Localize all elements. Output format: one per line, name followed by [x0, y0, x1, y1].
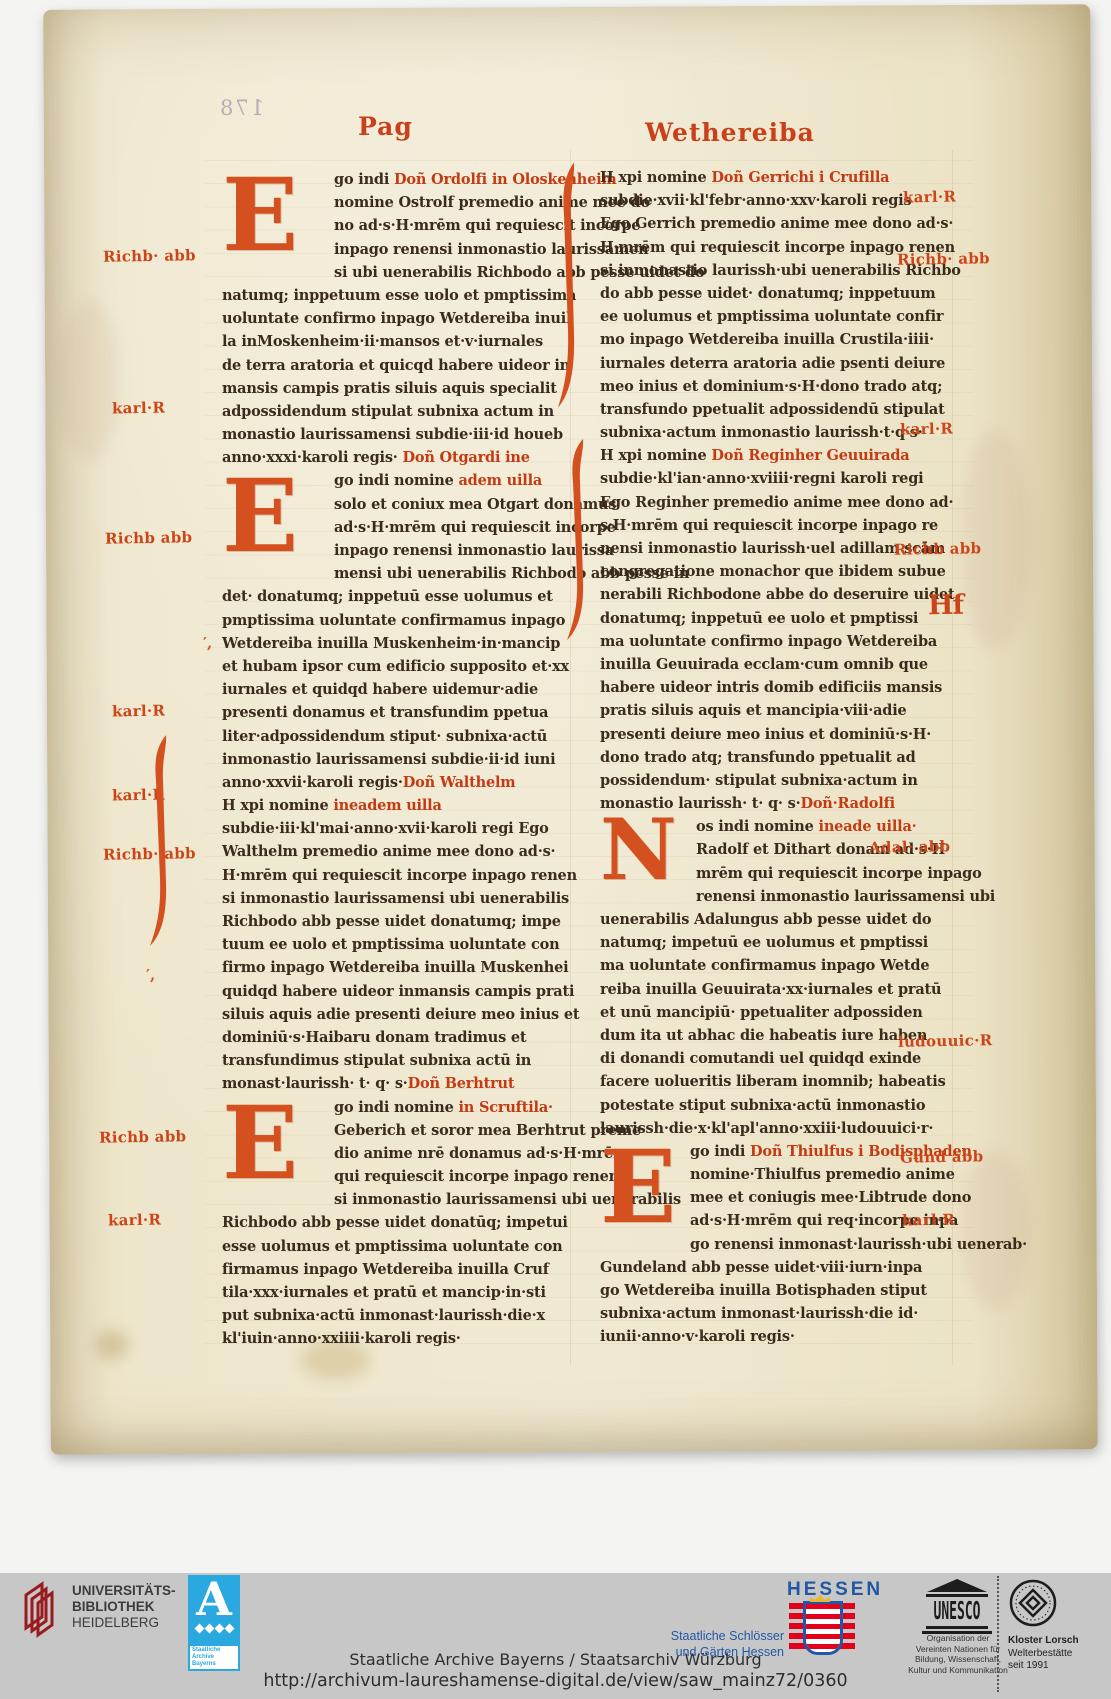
source-url: http://archivum-laureshamense-digital.de… [0, 1671, 1111, 1691]
ink-text: dum ita ut abhac die habeatis iure haben [600, 1027, 927, 1044]
margin-note: karl·R [108, 1211, 162, 1230]
ink-text: monast·laurissh· t· q· s· [222, 1075, 408, 1092]
ink-text: potestate stiput subnixa·actū inmonastio [600, 1097, 925, 1114]
manuscript-line: si inmonastio laurissamensi ubi uenerabi… [222, 887, 570, 910]
ink-text: quidqd habere uideor inmansis campis pra… [222, 983, 574, 1000]
ink-text: reiba inuilla Geuuirata·xx·iurnales et p… [600, 981, 941, 998]
ink-text: et unū mancipiū· ppetualiter adpossiden [600, 1004, 923, 1021]
ink-text: ee uolumus et pmptissima uoluntate confi… [600, 308, 943, 325]
ink-text: pmptissima uoluntate confirmamus inpago [222, 612, 565, 629]
ink-text: go indi nomine [334, 472, 458, 489]
ubh-line2: BIBLIOTHEK [72, 1599, 176, 1615]
ink-text: Wetdereiba inuilla Muskenheim·in·mancip [222, 635, 560, 652]
manuscript-line: anno·xxxi·karoli regis· Doñ Otgardi ine [222, 446, 570, 469]
ink-text: transfundimus stipulat subnixa actū in [222, 1052, 531, 1069]
manuscript-line: monastio laurissamensi subdie·iii·id hou… [222, 423, 570, 446]
ink-text: inmonastio laurissamensi subdie·ii·id iu… [222, 751, 555, 768]
manuscript-line: ma uoluntate confirmo inpago Wetdereiba [600, 630, 952, 653]
manuscript-line: do abb pesse uidet· donatumq; inppetuum [600, 282, 952, 305]
manuscript-line: presenti deiure meo inius et dominiū·s·H… [600, 723, 952, 746]
unesco-logo: UNESCO [922, 1579, 992, 1636]
charter-block: H xpi nomine Doñ Reginher Geuuiradasubdi… [600, 444, 952, 815]
ink-text: iurnales et quidqd habere uidemur·adie [222, 681, 538, 698]
ink-text: si inmonastio laurissamensi ubi uenerabi… [222, 890, 569, 907]
bayern-diamonds-icon [188, 1625, 240, 1632]
manuscript-line: H xpi nomine ineadem uilla [222, 794, 570, 817]
manuscript-line: subnixa·actum inmonast·laurissh·die id· [600, 1302, 952, 1325]
manuscript-line: anno·xxvii·karoli regis·Doñ Walthelm [222, 771, 570, 794]
ink-text: pratis siluis aquis et mancipia·viii·adi… [600, 702, 907, 719]
ink-text: liter·adpossidendum stiput· subnixa·actū [222, 728, 547, 745]
manuscript-line: Ego Gerrich premedio anime mee dono ad·s… [600, 212, 952, 235]
rubric-text: Doñ·Radolfi [800, 795, 894, 812]
rubric-text: Doñ Walthelm [403, 774, 516, 791]
ink-text: Richbodo abb pesse uidet donatūq; impetu… [222, 1214, 568, 1231]
manuscript-line: inmonastio laurissamensi subdie·ii·id iu… [222, 748, 570, 771]
ink-text: mee et coniugis mee·Libtrude dono [690, 1189, 971, 1206]
manuscript-line: possidendum· stipulat subnixa·actum in [600, 769, 952, 792]
manuscript-line: pmptissima uoluntate confirmamus inpago [222, 609, 570, 632]
ink-text: mrēm qui requiescit incorpe inpago [696, 865, 982, 882]
manuscript-line: go Wetdereiba inuilla Botisphaden stiput [600, 1279, 952, 1302]
manuscript-line: uoluntate confirmo inpago Wetdereiba inu… [222, 307, 570, 330]
page-header-left: Pag [358, 112, 413, 141]
manuscript-line: natumq; impetuū ee uolumus et pmptissi [600, 931, 952, 954]
margin-note: Richb· abb [103, 246, 196, 266]
ink-text: transfundo ppetualit adpossidendū stipul… [600, 401, 945, 418]
manuscript-line: iurnales deterra aratoria adie psenti de… [600, 352, 952, 375]
ink-text: dio anime nrē donamus ad·s·H·mrēm [334, 1145, 628, 1162]
manuscript-line: Richbodo abb pesse uidet donatūq; impetu… [222, 1211, 570, 1234]
manuscript-line: de terra aratoria et quicqd habere uideo… [222, 354, 570, 377]
ink-text: anno·xxvii·karoli regis· [222, 774, 403, 791]
ink-text: Richbodo abb pesse uidet donatumq; impe [222, 913, 561, 930]
credit-line: Staatliche Archive Bayerns / Staatsarchi… [0, 1650, 1111, 1669]
manuscript-line: uenerabilis Adalungus abb pesse uidet do [600, 908, 952, 931]
margin-note: karl·R [112, 702, 166, 721]
ub-heidelberg-logo [20, 1577, 68, 1639]
manuscript-line: subdie·kl'ian·anno·xviiii·regni karoli r… [600, 467, 952, 490]
ink-text: presenti deiure meo inius et dominiū·s·H… [600, 726, 931, 743]
ink-text: ma uoluntate confirmo inpago Wetdereiba [600, 633, 937, 650]
manuscript-line: Wetdereiba inuilla Muskenheim·in·mancip [222, 632, 570, 655]
rubric-text: Doñ Berhtrut [408, 1075, 515, 1092]
ink-text: dono trado atq; transfundo ppetualit ad [600, 749, 916, 766]
ink-text: presenti donamus et transfundim ppetua [222, 704, 548, 721]
rubric-text: Doñ Ordolfi in Oloskenheim [394, 171, 617, 188]
ink-text: adpossidendum stipulat subnixa actum in [222, 403, 554, 420]
ink-text: H xpi nomine [222, 797, 333, 814]
ink-text: possidendum· stipulat subnixa·actum in [600, 772, 918, 789]
ink-text: habere uideor intris domib edificiis man… [600, 679, 942, 696]
manuscript-line: subdie·iii·kl'mai·anno·xvii·karoli regi … [222, 817, 570, 840]
manuscript-line: dono trado atq; transfundo ppetualit ad [600, 746, 952, 769]
rubric-text: Doñ Reginher Geuuirada [711, 447, 909, 464]
ink-text: go indi [690, 1143, 750, 1160]
ink-text: monastio laurissamensi subdie·iii·id hou… [222, 426, 563, 443]
manuscript-line: congregatione monachor que ibidem subue [600, 560, 952, 583]
initial-letter: E [222, 168, 334, 262]
margin-note: karl·R [902, 1211, 956, 1230]
ink-text: qui requiescit incorpe inpago renen [334, 1168, 619, 1185]
manuscript-line: Ego Reginher premedio anime mee dono ad· [600, 491, 952, 514]
tall-initial-i [148, 733, 174, 952]
manuscript-line: det· donatumq; inppetuū esse uolumus et [222, 585, 570, 608]
ink-text: subdie·iii·kl'mai·anno·xvii·karoli regi … [222, 820, 549, 837]
manuscript-line: habere uideor intris domib edificiis man… [600, 676, 952, 699]
ink-text: subdie·kl'ian·anno·xviiii·regni karoli r… [600, 470, 923, 487]
ink-text: natumq; impetuū ee uolumus et pmptissi [600, 934, 928, 951]
ink-text: la inMoskenheim·ii·mansos et·v·iurnales [222, 333, 543, 350]
margin-note: Adal· abb [869, 837, 951, 856]
ink-text: H·mrēm qui requiescit incorpe inpago ren… [222, 867, 577, 884]
tall-initial-i [556, 160, 582, 414]
ink-text: subnixa·actum inmonastio laurissh·t·q·s· [600, 424, 923, 441]
bayern-a-letter: A [188, 1575, 240, 1623]
manuscript-line: donatumq; inppetuū ee uolo et pmptissi [600, 607, 952, 630]
ink-text: Ego Reginher premedio anime mee dono ad· [600, 494, 953, 511]
manuscript-column-right: H xpi nomine Doñ Gerrichi i Crufillasubd… [600, 166, 952, 1349]
ink-text: natumq; inppetuum esse uolo et pmptissim… [222, 287, 576, 304]
manuscript-line: pratis siluis aquis et mancipia·viii·adi… [600, 699, 952, 722]
manuscript-line: potestate stiput subnixa·actū inmonastio [600, 1094, 952, 1117]
manuscript-line: H xpi nomine Doñ Gerrichi i Crufilla [600, 166, 952, 189]
manuscript-line: natumq; inppetuum esse uolo et pmptissim… [222, 284, 570, 307]
unesco-wordmark: UNESCO [922, 1598, 992, 1627]
ink-text: Geberich et soror mea Berhtrut preme [334, 1122, 641, 1139]
ink-text: donatumq; inppetuū ee uolo et pmptissi [600, 610, 918, 627]
tall-initial-i [565, 437, 591, 646]
manuscript-line: tila·xxx·iurnales et pratū et mancip·in·… [222, 1281, 570, 1304]
margin-note: karl·R [112, 399, 166, 418]
paragraph-mark: ′, [203, 634, 212, 652]
ink-text: meo inius et dominium·s·H·dono trado atq… [600, 378, 942, 395]
ink-text: subdie·xvii·kl'febr·anno·xxv·karoli regi… [600, 192, 911, 209]
manuscript-line: monast·laurissh· t· q· s·Doñ Berhtrut [222, 1072, 570, 1095]
ink-text: firmamus inpago Wetdereiba inuilla Cruf [222, 1261, 549, 1278]
manuscript-line: transfundimus stipulat subnixa actū in [222, 1049, 570, 1072]
margin-note: karl·R [903, 188, 957, 207]
ubh-line1: UNIVERSITÄTS- [72, 1583, 176, 1599]
ink-text: ma uoluntate confirmamus inpago Wetde [600, 957, 929, 974]
manuscript-line: et unū mancipiū· ppetualiter adpossiden [600, 1001, 952, 1024]
ink-text: no ad·s·H·mrēm qui requiescit incorpe [334, 217, 640, 234]
manuscript-line: meo inius et dominium·s·H·dono trado atq… [600, 375, 952, 398]
manuscript-line: mansis campis pratis siluis aquis specia… [222, 377, 570, 400]
manuscript-line: liter·adpossidendum stiput· subnixa·actū [222, 725, 570, 748]
manuscript-line: facere uolueritis liberam inomnib; habea… [600, 1070, 952, 1093]
folio-pencil-number: 178 [218, 96, 264, 120]
ink-text: laurissh·die·x·kl'apl'anno·xxiii·ludouui… [600, 1120, 933, 1137]
ink-text: go indi [334, 171, 394, 188]
charter-block: H xpi nomine ineadem uillasubdie·iii·kl'… [222, 794, 570, 1095]
ink-text: subnixa·actum inmonast·laurissh·die id· [600, 1305, 918, 1322]
manuscript-line: siluis aquis adie presenti deiure meo in… [222, 1003, 570, 1026]
manuscript-column-left: Ego indi Doñ Ordolfi in Oloskenheimnomin… [222, 168, 570, 1351]
ink-text: os indi nomine [696, 818, 819, 835]
ink-text: Gundeland abb pesse uidet·viii·iurn·inpa [600, 1259, 922, 1276]
ink-text: iurnales deterra aratoria adie psenti de… [600, 355, 945, 372]
ink-text: det· donatumq; inppetuū esse uolumus et [222, 588, 553, 605]
rubric-text: ineadem uilla [333, 797, 441, 814]
manuscript-line: iunii·anno·v·karoli regis· [600, 1325, 952, 1348]
charter-block: H xpi nomine Doñ Gerrichi i Crufillasubd… [600, 166, 952, 444]
ink-text: s·H·mrēm qui requiescit incorpe inpago r… [600, 517, 938, 534]
ink-text: nerabili Richbodone abbe do deseruire ui… [600, 586, 955, 603]
ink-text: iunii·anno·v·karoli regis· [600, 1328, 795, 1345]
manuscript-line: H xpi nomine Doñ Reginher Geuuirada [600, 444, 952, 467]
manuscript-line: firmo inpago Wetdereiba inuilla Muskenhe… [222, 956, 570, 979]
page-header-right: Wethereiba [645, 118, 815, 147]
manuscript-line: la inMoskenheim·ii·mansos et·v·iurnales [222, 330, 570, 353]
manuscript-line: mo inpago Wetdereiba inuilla Crustila·ii… [600, 328, 952, 351]
ink-text: firmo inpago Wetdereiba inuilla Muskenhe… [222, 959, 568, 976]
paragraph-mark: ′, [146, 966, 155, 984]
ink-text: mansis campis pratis siluis aquis specia… [222, 380, 557, 397]
margin-note: ludouuic·R [898, 1031, 993, 1051]
margin-monogram: Hf [928, 590, 964, 622]
rubric-text: Doñ Gerrichi i Crufilla [711, 169, 889, 186]
margin-note: Richb abb [105, 528, 193, 548]
manuscript-line: Richbodo abb pesse uidet donatumq; impe [222, 910, 570, 933]
ink-text: renensi inmonastio laurissamensi ubi [696, 888, 995, 905]
charter-block: Nos indi nomine ineade uilla·Radolf et D… [600, 815, 952, 1140]
manuscript-line: tuum ee uolo et pmptissima uoluntate con [222, 933, 570, 956]
initial-letter: E [222, 1096, 334, 1190]
initial-letter: N [600, 815, 696, 885]
manuscript-line: Gundeland abb pesse uidet·viii·iurn·inpa [600, 1256, 952, 1279]
initial-letter: E [600, 1140, 690, 1234]
ink-text: put subnixa·actū inmonast·laurissh·die·x [222, 1307, 545, 1324]
ink-text: monastio laurissh· t· q· s· [600, 795, 800, 812]
ink-text: Walthelm premedio anime mee dono ad·s· [222, 843, 555, 860]
ink-text: esse uolumus et pmptissima uoluntate con [222, 1238, 563, 1255]
manuscript-line: quidqd habere uideor inmansis campis pra… [222, 980, 570, 1003]
manuscript-line: firmamus inpago Wetdereiba inuilla Cruf [222, 1258, 570, 1281]
ink-text: siluis aquis adie presenti deiure meo in… [222, 1006, 579, 1023]
margin-note: karl·R [900, 420, 954, 439]
manuscript-line: inuilla Geuuirada ecclam·cum omnib que [600, 653, 952, 676]
manuscript-line: presenti donamus et transfundim ppetua [222, 701, 570, 724]
rubric-text: in Scruftila· [458, 1099, 552, 1116]
manuscript-line: adpossidendum stipulat subnixa actum in [222, 400, 570, 423]
ink-text: anno·xxxi·karoli regis· [222, 449, 402, 466]
charter-block: Ego indi nomine adem uillasolo et coniux… [222, 469, 570, 794]
ink-text: mo inpago Wetdereiba inuilla Crustila·ii… [600, 331, 934, 348]
ubh-line3: HEIDELBERG [72, 1615, 176, 1631]
ink-text: et hubam ipsor cum edificio supposito et… [222, 658, 569, 675]
manuscript-line: ma uoluntate confirmamus inpago Wetde [600, 954, 952, 977]
ub-heidelberg-wordmark: UNIVERSITÄTS- BIBLIOTHEK HEIDELBERG [72, 1583, 176, 1631]
ink-text: uenerabilis Adalungus abb pesse uidet do [600, 911, 931, 928]
ink-text: tila·xxx·iurnales et pratū et mancip·in·… [222, 1284, 546, 1301]
ink-text: go renensi inmonast·laurissh·ubi uenerab… [690, 1236, 1027, 1253]
margin-note: Richb abb [894, 539, 982, 559]
ink-text: go indi nomine [334, 1099, 458, 1116]
digitized-manuscript-viewer-page: 178 Pag Wethereiba Ego indi Doñ Ordolfi … [0, 0, 1111, 1699]
rubric-text: adem uilla [458, 472, 542, 489]
manuscript-line: reiba inuilla Geuuirata·xx·iurnales et p… [600, 978, 952, 1001]
charter-block: Ego indi nomine in Scruftila·Geberich et… [222, 1096, 570, 1351]
ink-text: nomine·Thiulfus premedio anime [690, 1166, 955, 1183]
ink-text: inuilla Geuuirada ecclam·cum omnib que [600, 656, 928, 673]
manuscript-line: transfundo ppetualit adpossidendū stipul… [600, 398, 952, 421]
ink-text: do abb pesse uidet· donatumq; inppetuum [600, 285, 936, 302]
ink-text: facere uolueritis liberam inomnib; habea… [600, 1073, 946, 1090]
manuscript-line: laurissh·die·x·kl'apl'anno·xxiii·ludouui… [600, 1117, 952, 1140]
manuscript-line: monastio laurissh· t· q· s·Doñ·Radolfi [600, 792, 952, 815]
manuscript-line: esse uolumus et pmptissima uoluntate con [222, 1235, 570, 1258]
ink-text: tuum ee uolo et pmptissima uoluntate con [222, 936, 559, 953]
ink-text: H xpi nomine [600, 447, 711, 464]
manuscript-line: nerabili Richbodone abbe do deseruire ui… [600, 583, 952, 606]
margin-note: Richb· abb [897, 249, 990, 269]
charter-block: Ego indi Doñ Thiulfus i Bodisphadennomin… [600, 1140, 952, 1349]
kloster-lorsch-emblem [1008, 1578, 1058, 1628]
initial-letter: E [222, 469, 334, 563]
ink-text: congregatione monachor que ibidem subue [600, 563, 946, 580]
rubric-text: Doñ Otgardi ine [402, 449, 529, 466]
unesco-temple-roof-icon [927, 1579, 987, 1592]
ink-text: uoluntate confirmo inpago Wetdereiba inu… [222, 310, 571, 327]
ink-text: di donandi comutandi uel quidqd exinde [600, 1050, 921, 1067]
manuscript-line: subdie·xvii·kl'febr·anno·xxv·karoli regi… [600, 189, 952, 212]
hessen-wordmark: HESSEN [787, 1579, 883, 1601]
charter-block: Ego indi Doñ Ordolfi in Oloskenheimnomin… [222, 168, 570, 469]
margin-note: Gund abb [900, 1147, 984, 1166]
manuscript-line: s·H·mrēm qui requiescit incorpe inpago r… [600, 514, 952, 537]
manuscript-line: put subnixa·actū inmonast·laurissh·die·x [222, 1304, 570, 1327]
manuscript-line: kl'iuin·anno·xxiiii·karoli regis· [222, 1327, 570, 1350]
hessen-coat-of-arms [803, 1601, 843, 1655]
manuscript-line: dominiū·s·Haibaru donam tradimus et [222, 1026, 570, 1049]
ink-text: de terra aratoria et quicqd habere uideo… [222, 357, 570, 374]
manuscript-line: ee uolumus et pmptissima uoluntate confi… [600, 305, 952, 328]
ink-text: H xpi nomine [600, 169, 711, 186]
rubric-text: ineade uilla· [819, 818, 917, 835]
manuscript-line: Walthelm premedio anime mee dono ad·s· [222, 840, 570, 863]
ink-text: Ego Gerrich premedio anime mee dono ad·s… [600, 215, 953, 232]
ink-text: go Wetdereiba inuilla Botisphaden stiput [600, 1282, 927, 1299]
manuscript-line: H·mrēm qui requiescit incorpe inpago ren… [222, 864, 570, 887]
manuscript-line: et hubam ipsor cum edificio supposito et… [222, 655, 570, 678]
ink-text: kl'iuin·anno·xxiiii·karoli regis· [222, 1330, 461, 1347]
ink-text: dominiū·s·Haibaru donam tradimus et [222, 1029, 526, 1046]
manuscript-line: iurnales et quidqd habere uidemur·adie [222, 678, 570, 701]
margin-note: Richb abb [99, 1127, 187, 1147]
